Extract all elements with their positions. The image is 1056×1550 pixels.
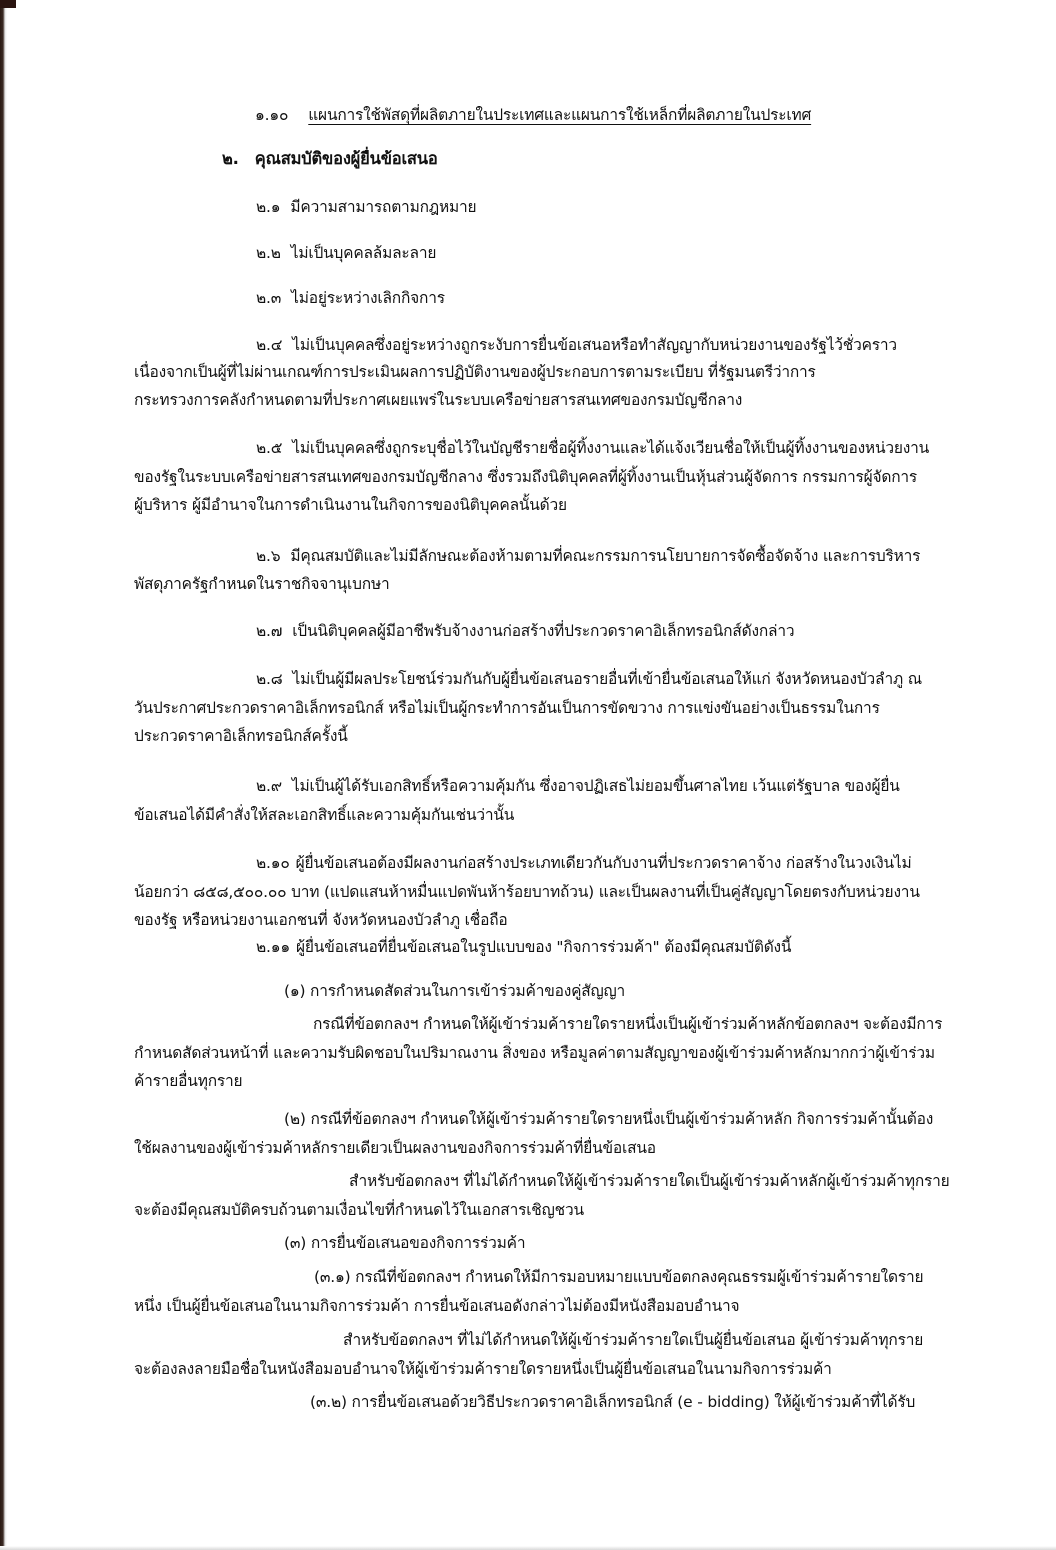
item-number: ๒.๘	[256, 668, 283, 690]
jv-sub1-line-2: กำหนดสัดส่วนหน้าที่ และความรับผิดชอบในปร…	[134, 1042, 935, 1064]
item-2-1: ๒.๑มีความสามารถตามกฎหมาย	[256, 196, 476, 218]
item-2-5-line-2: ของรัฐในระบบเครือข่ายสารสนเทศของกรมบัญชี…	[134, 466, 917, 488]
jv-sub2-line-1: (๒) กรณีที่ข้อตกลงฯ กำหนดให้ผู้เข้าร่วมค…	[284, 1108, 933, 1130]
jv-sub3-1-line-2: หนึ่ง เป็นผู้ยื่นข้อเสนอในนามกิจการร่วมค…	[134, 1295, 739, 1317]
item-2-8-line-2: วันประกาศประกวดราคาอิเล็กทรอนิกส์ หรือไม…	[134, 697, 880, 719]
jv-sub1-line-1: กรณีที่ข้อตกลงฯ กำหนดให้ผู้เข้าร่วมค้ารา…	[313, 1013, 942, 1035]
item-2-9-line-2: ข้อเสนอได้มีคำสั่งให้สละเอกสิทธิ์และความ…	[134, 804, 514, 826]
item-number: ๒.๕	[256, 437, 282, 459]
jv-sub2-line-2: ใช้ผลงานของผู้เข้าร่วมค้าหลักรายเดียวเป็…	[134, 1137, 656, 1159]
section-title: แผนการใช้พัสดุที่ผลิตภายในประเทศและแผนกา…	[308, 106, 811, 124]
item-2-7: ๒.๗เป็นนิติบุคคลผู้มีอาชีพรับจ้างงานก่อส…	[256, 620, 794, 642]
item-text: ไม่เป็นบุคคลซึ่งอยู่ระหว่างถูกระงับการยื…	[292, 336, 897, 354]
item-2-9-line-1: ๒.๙ไม่เป็นผู้ได้รับเอกสิทธิ์หรือความคุ้ม…	[256, 775, 900, 797]
item-number: ๒.๙	[256, 775, 282, 797]
item-2-4-line-1: ๒.๔ไม่เป็นบุคคลซึ่งอยู่ระหว่างถูกระงับกา…	[256, 334, 897, 356]
item-text: ไม่เป็นผู้มีผลประโยชน์ร่วมกันกับผู้ยื่นข…	[293, 670, 922, 688]
page-edge-shadow	[0, 0, 7, 1550]
item-number: ๒.๑๐	[256, 852, 290, 874]
jv-sub2-line-3: สำหรับข้อตกลงฯ ที่ไม่ได้กำหนดให้ผู้เข้าร…	[349, 1170, 950, 1192]
section-1-10: ๑.๑๐แผนการใช้พัสดุที่ผลิตภายในประเทศและแ…	[255, 104, 811, 126]
jv-sub3-1-line-3: สำหรับข้อตกลงฯ ที่ไม่ได้กำหนดให้ผู้เข้าร…	[343, 1329, 923, 1351]
jv-sub1-line-3: ค้ารายอื่นทุกราย	[134, 1070, 242, 1092]
item-2-10-line-2: น้อยกว่า ๘๕๘,๕๐๐.๐๐ บาท (แปดแสนห้าหมื่นแ…	[134, 881, 920, 903]
page-corner-shadow	[0, 0, 16, 8]
jv-sub3-title: (๓) การยื่นข้อเสนอของกิจการร่วมค้า	[284, 1232, 525, 1254]
item-2-4-line-2: เนื่องจากเป็นผู้ที่ไม่ผ่านเกณฑ์การประเมิ…	[134, 361, 816, 383]
item-text: ไม่เป็นผู้ได้รับเอกสิทธิ์หรือความคุ้มกัน…	[292, 777, 900, 795]
item-2-4-line-3: กระทรวงการคลังกำหนดตามที่ประกาศเผยแพร่ใน…	[134, 389, 742, 411]
item-number: ๒.๑๑	[256, 936, 290, 958]
jv-sub3-2-line-1: (๓.๒) การยื่นข้อเสนอด้วยวิธีประกวดราคาอิ…	[310, 1391, 915, 1413]
section-number: ๒.	[222, 148, 239, 170]
item-number: ๒.๔	[256, 334, 282, 356]
item-2-11: ๒.๑๑ผู้ยื่นข้อเสนอที่ยื่นข้อเสนอในรูปแบบ…	[256, 936, 791, 958]
item-2-2: ๒.๒ไม่เป็นบุคคลล้มละลาย	[256, 242, 436, 264]
item-text: ไม่เป็นบุคคลล้มละลาย	[291, 244, 436, 262]
item-text: เป็นนิติบุคคลผู้มีอาชีพรับจ้างงานก่อสร้า…	[292, 622, 794, 640]
item-text: ผู้ยื่นข้อเสนอต้องมีผลงานก่อสร้างประเภทเ…	[296, 854, 912, 872]
section-2-heading: ๒.คุณสมบัติของผู้ยื่นข้อเสนอ	[222, 148, 438, 170]
item-text: มีคุณสมบัติและไม่มีลักษณะต้องห้ามตามที่ค…	[290, 547, 920, 565]
item-2-3: ๒.๓ไม่อยู่ระหว่างเลิกกิจการ	[256, 287, 445, 309]
jv-sub2-line-4: จะต้องมีคุณสมบัติครบถ้วนตามเงื่อนไขที่กำ…	[134, 1199, 584, 1221]
scanned-document-page: ๑.๑๐แผนการใช้พัสดุที่ผลิตภายในประเทศและแ…	[0, 0, 1056, 1550]
item-number: ๒.๑	[256, 196, 280, 218]
item-text: ไม่เป็นบุคคลซึ่งถูกระบุชื่อไว้ในบัญชีราย…	[292, 439, 929, 457]
item-2-10-line-1: ๒.๑๐ผู้ยื่นข้อเสนอต้องมีผลงานก่อสร้างประ…	[256, 852, 912, 874]
item-2-5-line-1: ๒.๕ไม่เป็นบุคคลซึ่งถูกระบุชื่อไว้ในบัญชี…	[256, 437, 929, 459]
jv-sub3-1-line-1: (๓.๑) กรณีที่ข้อตกลงฯ กำหนดให้มีการมอบหม…	[314, 1266, 923, 1288]
item-2-10-line-3: ของรัฐ หรือหน่วยงานเอกชนที่ จังหวัดหนองบ…	[134, 909, 507, 931]
item-number: ๒.๗	[256, 620, 282, 642]
item-text: มีความสามารถตามกฎหมาย	[290, 198, 476, 216]
item-2-5-line-3: ผู้บริหาร ผู้มีอำนาจในการดำเนินงานในกิจก…	[134, 494, 567, 516]
jv-sub1-title: (๑) การกำหนดสัดส่วนในการเข้าร่วมค้าของคู…	[284, 980, 625, 1002]
jv-sub3-1-line-4: จะต้องลงลายมือชื่อในหนังสือมอบอำนาจให้ผู…	[134, 1358, 832, 1380]
item-2-8-line-1: ๒.๘ไม่เป็นผู้มีผลประโยชน์ร่วมกันกับผู้ยื…	[256, 668, 922, 690]
item-number: ๒.๒	[256, 242, 281, 264]
item-text: ผู้ยื่นข้อเสนอที่ยื่นข้อเสนอในรูปแบบของ …	[296, 938, 791, 956]
item-text: ไม่อยู่ระหว่างเลิกกิจการ	[291, 289, 445, 307]
page-bottom-edge	[0, 1546, 1056, 1550]
section-number: ๑.๑๐	[255, 104, 288, 126]
item-2-8-line-3: ประกวดราคาอิเล็กทรอนิกส์ครั้งนี้	[134, 725, 348, 747]
item-number: ๒.๖	[256, 545, 280, 567]
item-2-6-line-2: พัสดุภาครัฐกำหนดในราชกิจจานุเบกษา	[134, 573, 389, 595]
item-2-6-line-1: ๒.๖มีคุณสมบัติและไม่มีลักษณะต้องห้ามตามท…	[256, 545, 920, 567]
item-number: ๒.๓	[256, 287, 281, 309]
section-title: คุณสมบัติของผู้ยื่นข้อเสนอ	[255, 149, 438, 168]
